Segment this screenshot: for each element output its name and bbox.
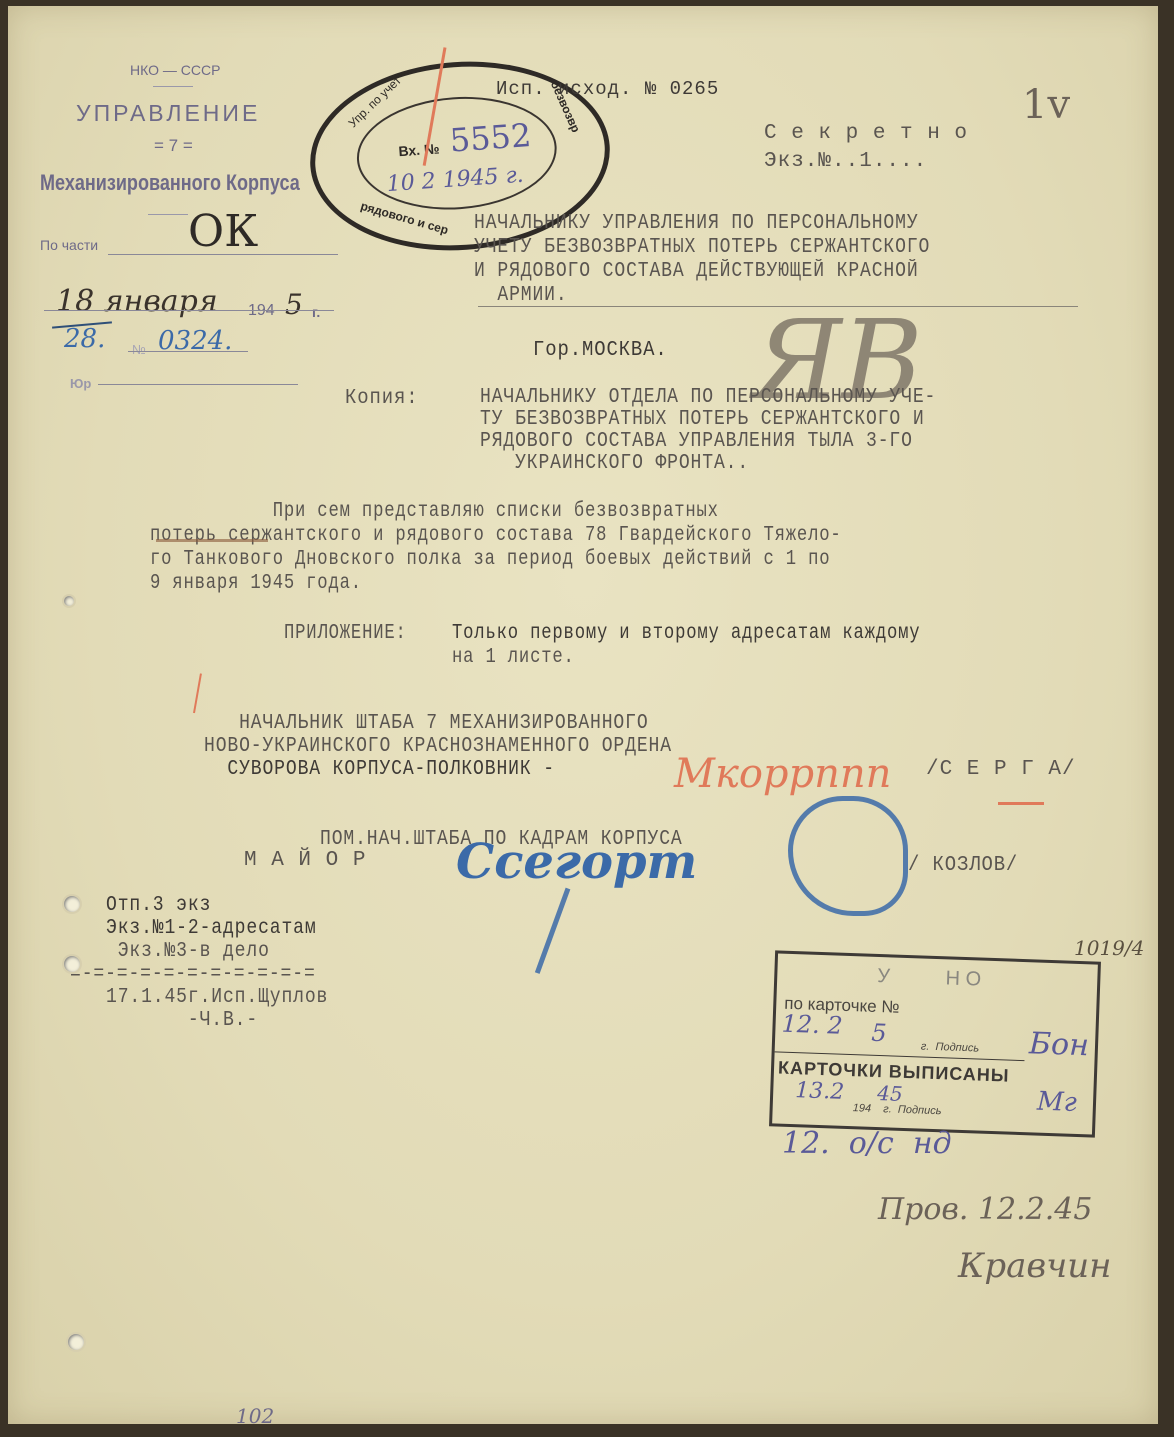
outgoing-number: Исп. исход. № 0265 xyxy=(496,78,719,100)
reg-line4: 194 г. Подпись xyxy=(853,1102,942,1117)
date-handwritten: 18 января xyxy=(56,284,218,319)
distribution-line: Экз.№1-2-адресатам xyxy=(106,917,352,940)
copy-to-line: ТУ БЕЗВОЗВРАТНЫХ ПОТЕРЬ СЕРЖАНТСКОГО И xyxy=(480,409,936,431)
letterhead-dept: УПРАВЛЕНИЕ xyxy=(76,100,260,127)
secret-label: С е к р е т н о xyxy=(764,122,968,145)
distribution-line: Экз.№3-в дело xyxy=(106,940,352,963)
stamp-below-note: 12. о/с нд xyxy=(782,1126,952,1161)
signature1-name: /С Е Р Г А/ xyxy=(926,758,1076,781)
body-line: го Танкового Дновского полка за период б… xyxy=(150,548,842,572)
letterhead-org: НКО — СССР xyxy=(130,62,220,78)
distribution-line: 17.1.45г.Исп.Щуплов xyxy=(106,986,352,1009)
letterhead-number: = 7 = xyxy=(154,136,193,156)
year-suffix: 5 xyxy=(285,288,303,321)
signature1-line: СУВОРОВА КОРПУСА-ПОЛКОВНИК - xyxy=(204,758,672,781)
distribution-block: Отп.3 экз Экз.№1-2-адресатам Экз.№3-в де… xyxy=(70,894,356,1032)
distribution-line: Отп.3 экз xyxy=(106,894,352,917)
addressee-line: УЧЕТУ БЕЗВОЗВРАТНЫХ ПОТЕРЬ СЕРЖАНТСКОГО xyxy=(474,236,930,260)
corner-mark: 1v xyxy=(1022,82,1070,128)
reg-line2-sign: Бон xyxy=(1028,1026,1089,1063)
document-page: НКО — СССР УПРАВЛЕНИЕ = 7 = Механизирова… xyxy=(8,6,1158,1424)
reg-line1-hand: 12. 2 xyxy=(781,1010,843,1040)
punch-hole xyxy=(68,1334,84,1350)
verified-note: Пров. 12.2.45 xyxy=(878,1192,1092,1227)
part-value: ОК xyxy=(188,206,258,257)
body-line: 9 января 1945 года. xyxy=(150,572,842,596)
signature1-block: НАЧАЛЬНИК ШТАБА 7 МЕХАНИЗИРОВАННОГО НОВО… xyxy=(204,712,748,781)
distribution-line: =-=-=-=-=-=-=-=-=-=-= xyxy=(70,963,316,986)
reg-title: У Н О xyxy=(877,965,982,992)
reg-line2: г. Подпись xyxy=(921,1041,980,1055)
body-line: потерь сержантского и рядового состава 7… xyxy=(150,524,842,548)
copy-to-line: РЯДОВОГО СОСТАВА УПРАВЛЕНИЯ ТЫЛА 3-ГО xyxy=(480,431,936,453)
page-number: 102 xyxy=(236,1404,274,1428)
copy-to-line: УКРАИНСКОГО ФРОНТА.. xyxy=(480,453,936,475)
letterhead-corps: Механизированного Корпуса xyxy=(40,170,300,196)
copy-label: Копия: xyxy=(345,387,418,410)
signature1-autograph: Мкоррппп xyxy=(674,751,891,797)
addressee-block: НАЧАЛЬНИКУ УПРАВЛЕНИЯ ПО ПЕРСОНАЛЬНОМУ У… xyxy=(474,212,1004,308)
stamp-inner-label: Вх. № xyxy=(398,140,440,159)
addressee-line: НАЧАЛЬНИКУ УПРАВЛЕНИЯ ПО ПЕРСОНАЛЬНОМУ xyxy=(474,212,930,236)
copy-to-line: НАЧАЛЬНИКУ ОТДЕЛА ПО ПЕРСОНАЛЬНОМУ УЧЕ- xyxy=(480,387,936,409)
body-line: При сем представляю списки безвозвратных xyxy=(150,500,842,524)
ref-number: 1019/4 xyxy=(1074,936,1144,960)
num-left: 28. xyxy=(64,324,105,354)
signature2-name: / КОЗЛОВ/ xyxy=(908,854,1018,877)
year-prefix: 194 xyxy=(248,302,275,320)
num-label: № xyxy=(132,342,146,357)
reg-line4-hand: 13.2 xyxy=(795,1078,845,1105)
copy-to-block: НАЧАЛЬНИКУ ОТДЕЛА ПО ПЕРСОНАЛЬНОМУ УЧЕ- … xyxy=(480,387,1010,475)
attachment-text: Только первому и второму адресатам каждо… xyxy=(452,622,920,645)
attachment-label: ПРИЛОЖЕНИЕ: xyxy=(284,622,407,645)
punch-hole xyxy=(64,956,80,972)
part-label: По части xyxy=(40,237,98,253)
reg-line4-sign: Мг xyxy=(1037,1087,1078,1118)
stamp-inner-number: 5552 xyxy=(449,116,533,160)
attachment-text-2: на 1 листе. xyxy=(452,646,575,669)
extra-label: Юр xyxy=(70,376,91,391)
city: Гор.МОСКВА. xyxy=(533,339,668,362)
punch-hole xyxy=(64,596,74,606)
signature2-autograph: Ссегорт xyxy=(456,834,697,890)
reg-line2-hand: 5 xyxy=(871,1019,887,1048)
signature1-line: НАЧАЛЬНИК ШТАБА 7 МЕХАНИЗИРОВАННОГО xyxy=(204,712,672,735)
registration-stamp: У Н О по карточке № 12. 2 5 г. Подпись Б… xyxy=(769,950,1101,1137)
copy-number: Экз.№..1.... xyxy=(764,150,927,173)
signature1-line: НОВО-УКРАИНСКОГО КРАСНОЗНАМЕННОГО ОРДЕНА xyxy=(204,735,672,758)
signature2-rank: М А Й О Р xyxy=(244,849,366,872)
verified-signature: Кравчин xyxy=(958,1246,1112,1286)
distribution-line: -Ч.В.- xyxy=(106,1009,352,1032)
punch-hole xyxy=(64,896,80,912)
body-block: При сем представляю списки безвозвратных… xyxy=(150,500,993,596)
year-g: г. xyxy=(312,304,320,320)
addressee-line: И РЯДОВОГО СОСТАВА ДЕЙСТВУЮЩЕЙ КРАСНОЙ xyxy=(474,260,930,284)
